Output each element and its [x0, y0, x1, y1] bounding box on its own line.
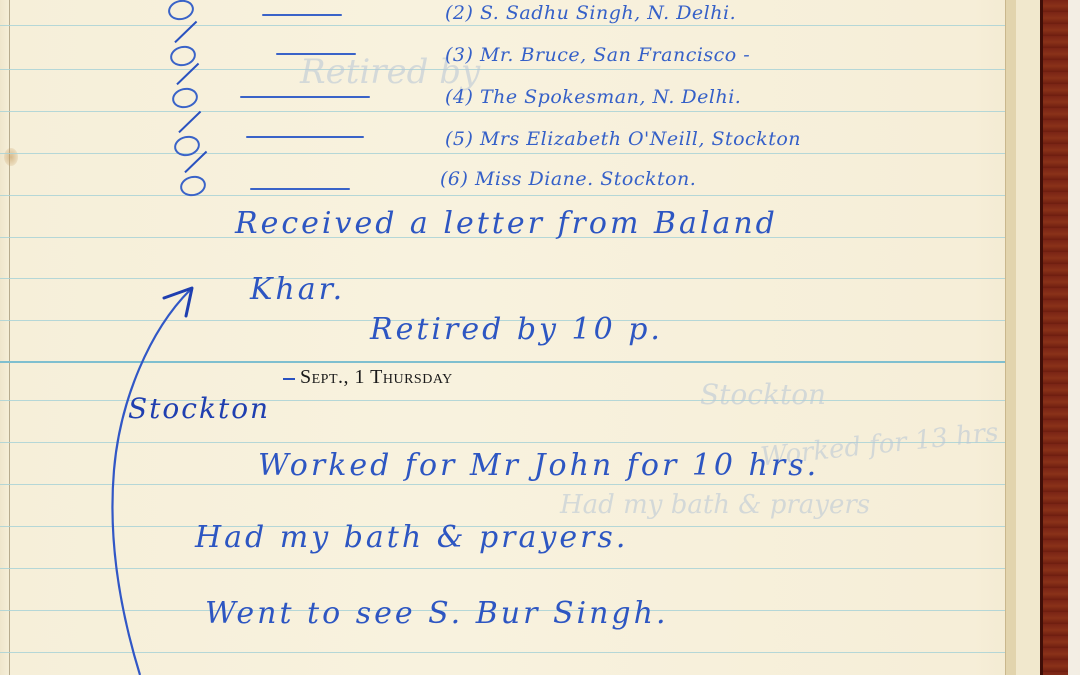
item-text: Mr. Bruce, San Francisco - — [480, 44, 750, 66]
checklist-item: (5) Mrs Elizabeth O'Neill, Stockton — [445, 128, 801, 150]
checklist-item: (3) Mr. Bruce, San Francisco - — [445, 44, 750, 66]
bleed-through-text: Had my bath & prayers — [560, 490, 870, 520]
item-number: (4) — [445, 86, 473, 108]
entry-line: Worked for Mr John for 10 hrs. — [258, 448, 819, 483]
entry-line: Received a letter from Baland — [235, 206, 778, 241]
item-text: Mrs Elizabeth O'Neill, Stockton — [480, 128, 801, 150]
curved-arrow-icon — [0, 0, 300, 675]
checklist-item: (2) S. Sadhu Singh, N. Delhi. — [445, 2, 736, 24]
leather-cover-edge — [1040, 0, 1071, 675]
entry-line: Retired by 10 p. — [370, 312, 663, 347]
bleed-through-text: Stockton — [700, 378, 826, 411]
item-text: S. Sadhu Singh, N. Delhi. — [480, 2, 736, 24]
checklist-item: (6) Miss Diane. Stockton. — [440, 168, 696, 190]
page-stack-edge — [1016, 0, 1041, 675]
diary-page: Retired by Stockton Worked for 13 hrs Ha… — [0, 0, 1080, 675]
item-number: (6) — [440, 168, 468, 190]
item-number: (3) — [445, 44, 473, 66]
item-text: The Spokesman, N. Delhi. — [480, 86, 741, 108]
checklist-item: (4) The Spokesman, N. Delhi. — [445, 86, 741, 108]
item-number: (2) — [445, 2, 473, 24]
printed-date-heading: Sept., 1 Thursday — [300, 366, 453, 389]
item-number: (5) — [445, 128, 473, 150]
scan-background — [1068, 0, 1080, 675]
item-text: Miss Diane. Stockton. — [475, 168, 696, 190]
